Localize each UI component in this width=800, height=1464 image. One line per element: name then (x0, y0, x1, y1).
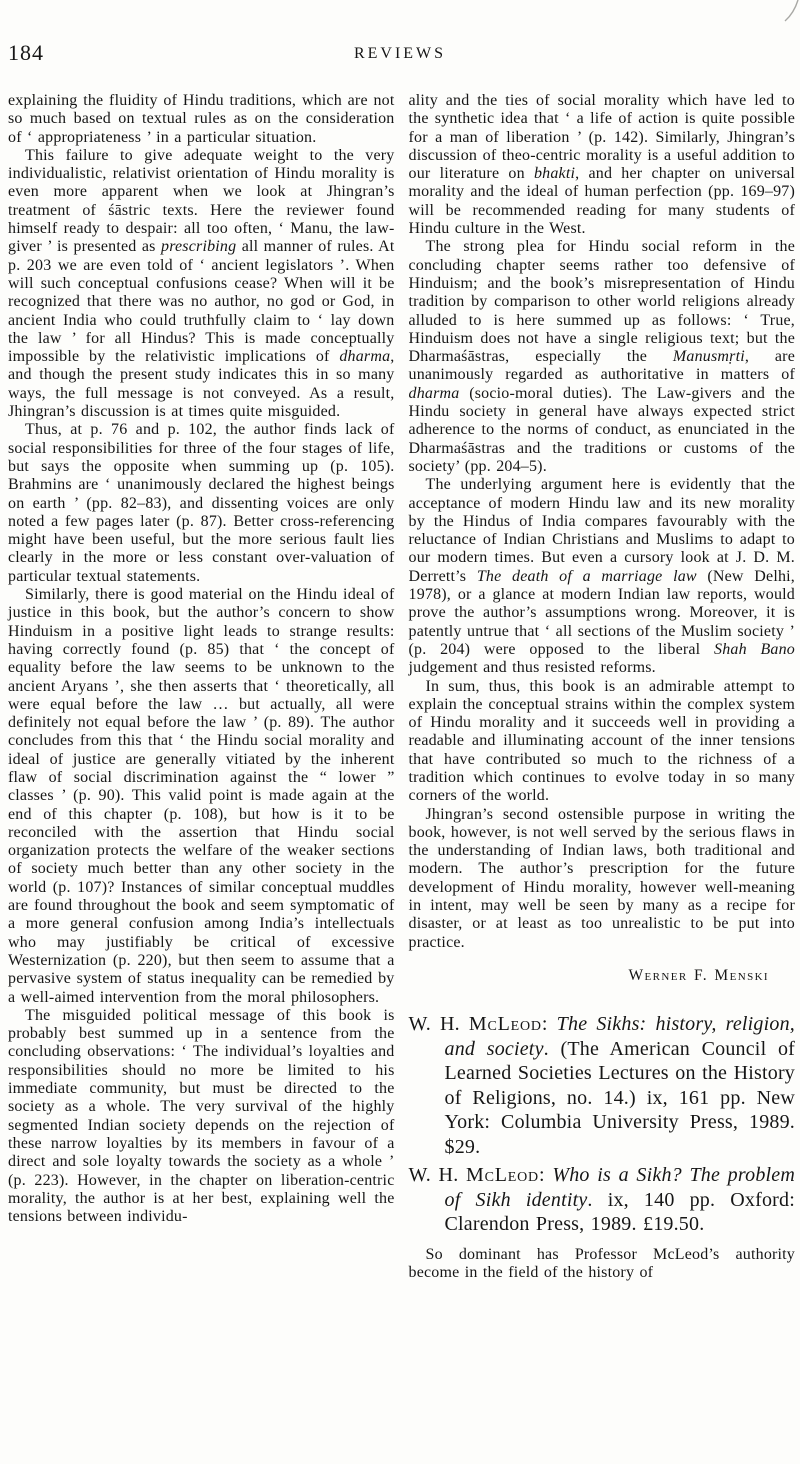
review-paragraph: ality and the ties of social morality wh… (409, 92, 796, 238)
review-paragraph: The underlying argument here is evidentl… (409, 476, 796, 677)
scan-artifact (782, 0, 800, 24)
review-paragraph: Similarly, there is good material on the… (8, 586, 395, 1007)
page-header: 184 REVIEWS (8, 38, 792, 72)
review-paragraph: In sum, thus, this book is an admirable … (409, 678, 796, 806)
review-paragraph: This failure to give adequate weight to … (8, 147, 395, 421)
right-column: ality and the ties of social morality wh… (409, 92, 796, 1282)
book-heading: W. H. McLeod: Who is a Sikh? The problem… (409, 1163, 796, 1237)
review-paragraph: The strong plea for Hindu social reform … (409, 238, 796, 476)
review-paragraph: The misguided political message of this … (8, 1007, 395, 1227)
journal-page: 184 REVIEWS explaining the fluidity of H… (0, 0, 800, 1464)
review-paragraph: explaining the fluidity of Hindu traditi… (8, 92, 395, 147)
text-columns: explaining the fluidity of Hindu traditi… (8, 92, 795, 1282)
running-head: REVIEWS (8, 45, 792, 63)
review-paragraph: Thus, at p. 76 and p. 102, the author fi… (8, 421, 395, 586)
review-paragraph: So dominant has Professor McLeod’s autho… (409, 1246, 796, 1283)
book-heading: W. H. McLeod: The Sikhs: history, religi… (409, 1012, 796, 1159)
review-paragraph: Jhingran’s second ostensible purpose in … (409, 806, 796, 952)
reviewer-signature: Werner F. Menski (409, 967, 770, 985)
left-column: explaining the fluidity of Hindu traditi… (8, 92, 395, 1282)
